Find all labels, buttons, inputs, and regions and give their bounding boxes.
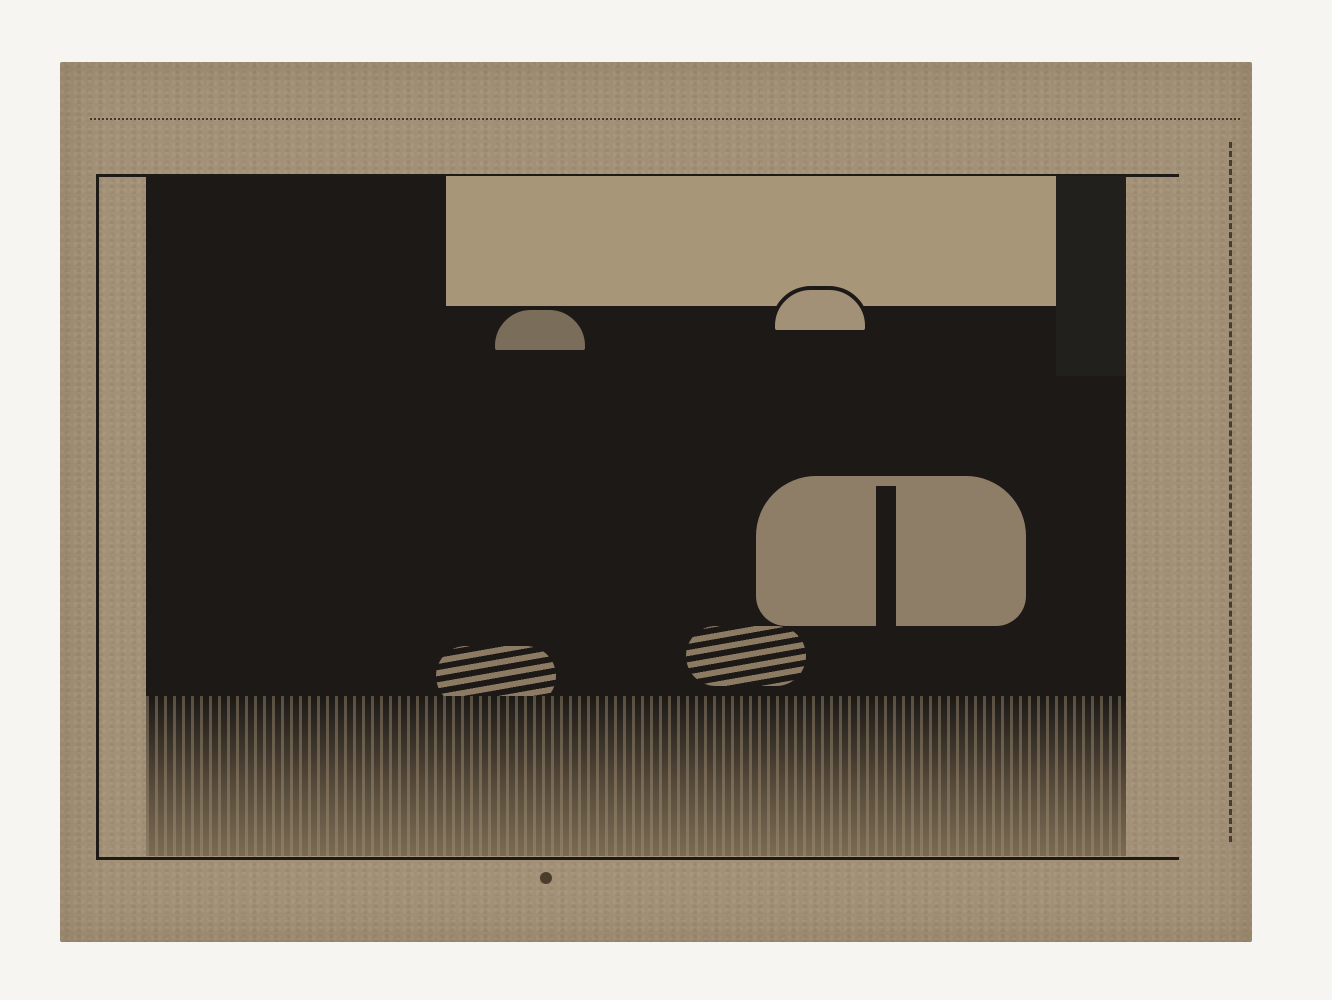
wall-post [1056,176,1126,376]
ink-spot [540,872,552,884]
ground [146,696,1126,856]
background-wall [446,176,1056,306]
torn-print-edge [1199,142,1232,842]
player-right-legs [756,476,1026,626]
player-hands-right [686,626,806,686]
dotted-rule-line [90,118,1240,120]
cardstock-print: Vintage halftone-printed photograph on b… [60,62,1252,942]
player-left-cap [491,306,589,354]
photograph [146,176,1126,856]
